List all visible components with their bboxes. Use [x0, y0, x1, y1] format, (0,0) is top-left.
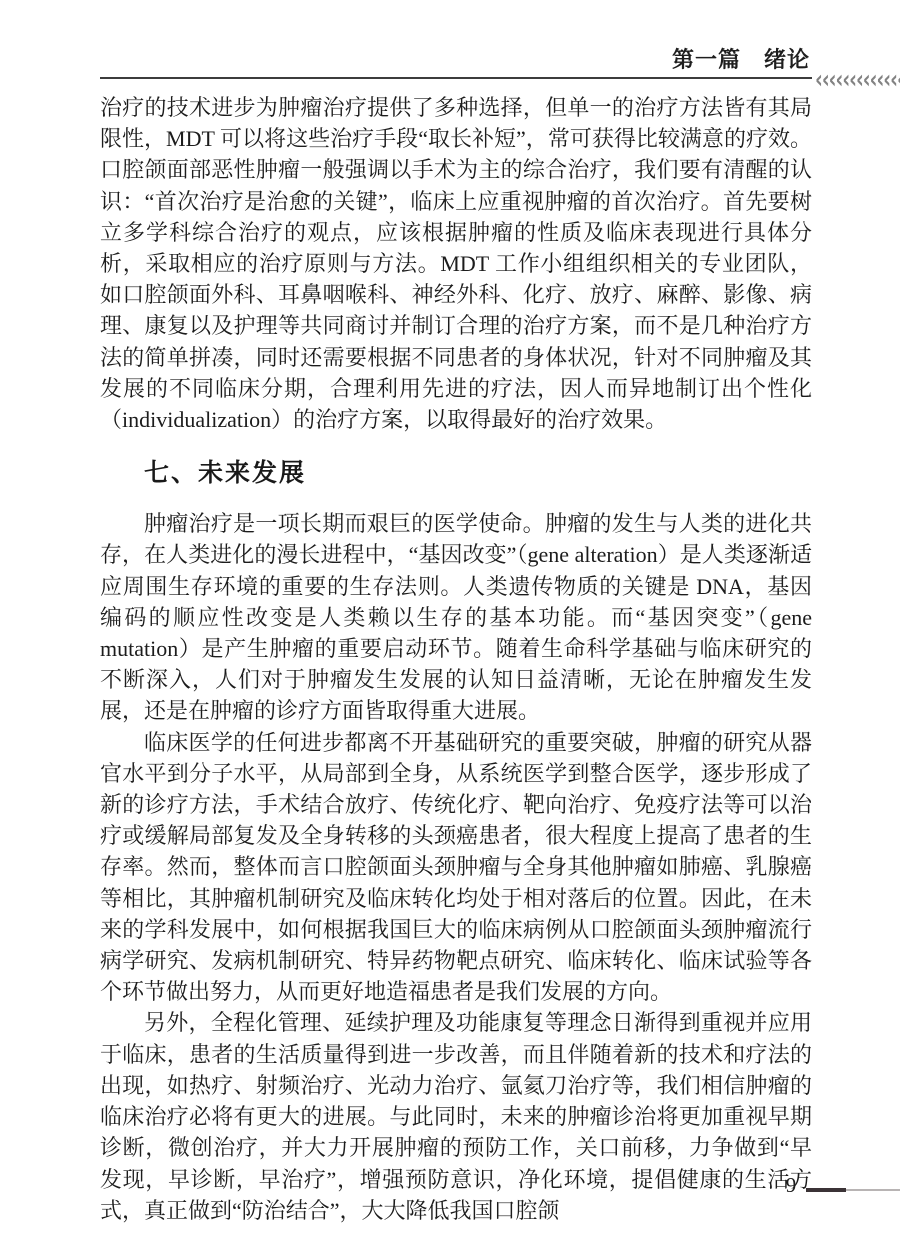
footer-rule-light	[846, 1189, 900, 1191]
paragraph: 另外，全程化管理、延续护理及功能康复等理念日渐得到重视并应用于临床，患者的生活质…	[100, 1007, 812, 1225]
section-heading: 七、未来发展	[100, 455, 812, 491]
header-rule	[100, 77, 812, 79]
paragraph-continuation: 治疗的技术进步为肿瘤治疗提供了多种选择，但单一的治疗方法皆有其局限性，MDT 可…	[100, 92, 812, 435]
paragraph: 肿瘤治疗是一项长期而艰巨的医学使命。肿瘤的发生与人类的进化共存，在人类进化的漫长…	[100, 508, 812, 726]
chevron-decoration-icon: ‹‹‹‹‹‹‹‹‹‹‹‹‹	[815, 65, 900, 95]
page-body: 治疗的技术进步为肿瘤治疗提供了多种选择，但单一的治疗方法皆有其局限性，MDT 可…	[100, 92, 812, 1226]
footer-rule-dark	[806, 1188, 846, 1192]
book-page: 第一篇 绪论 ‹‹‹‹‹‹‹‹‹‹‹‹‹ 治疗的技术进步为肿瘤治疗提供了多种选择…	[0, 0, 900, 1245]
paragraph: 临床医学的任何进步都离不开基础研究的重要突破，肿瘤的研究从器官水平到分子水平，从…	[100, 727, 812, 1008]
page-number: 9	[776, 1173, 806, 1198]
running-head-section-title: 第一篇 绪论	[672, 43, 810, 74]
